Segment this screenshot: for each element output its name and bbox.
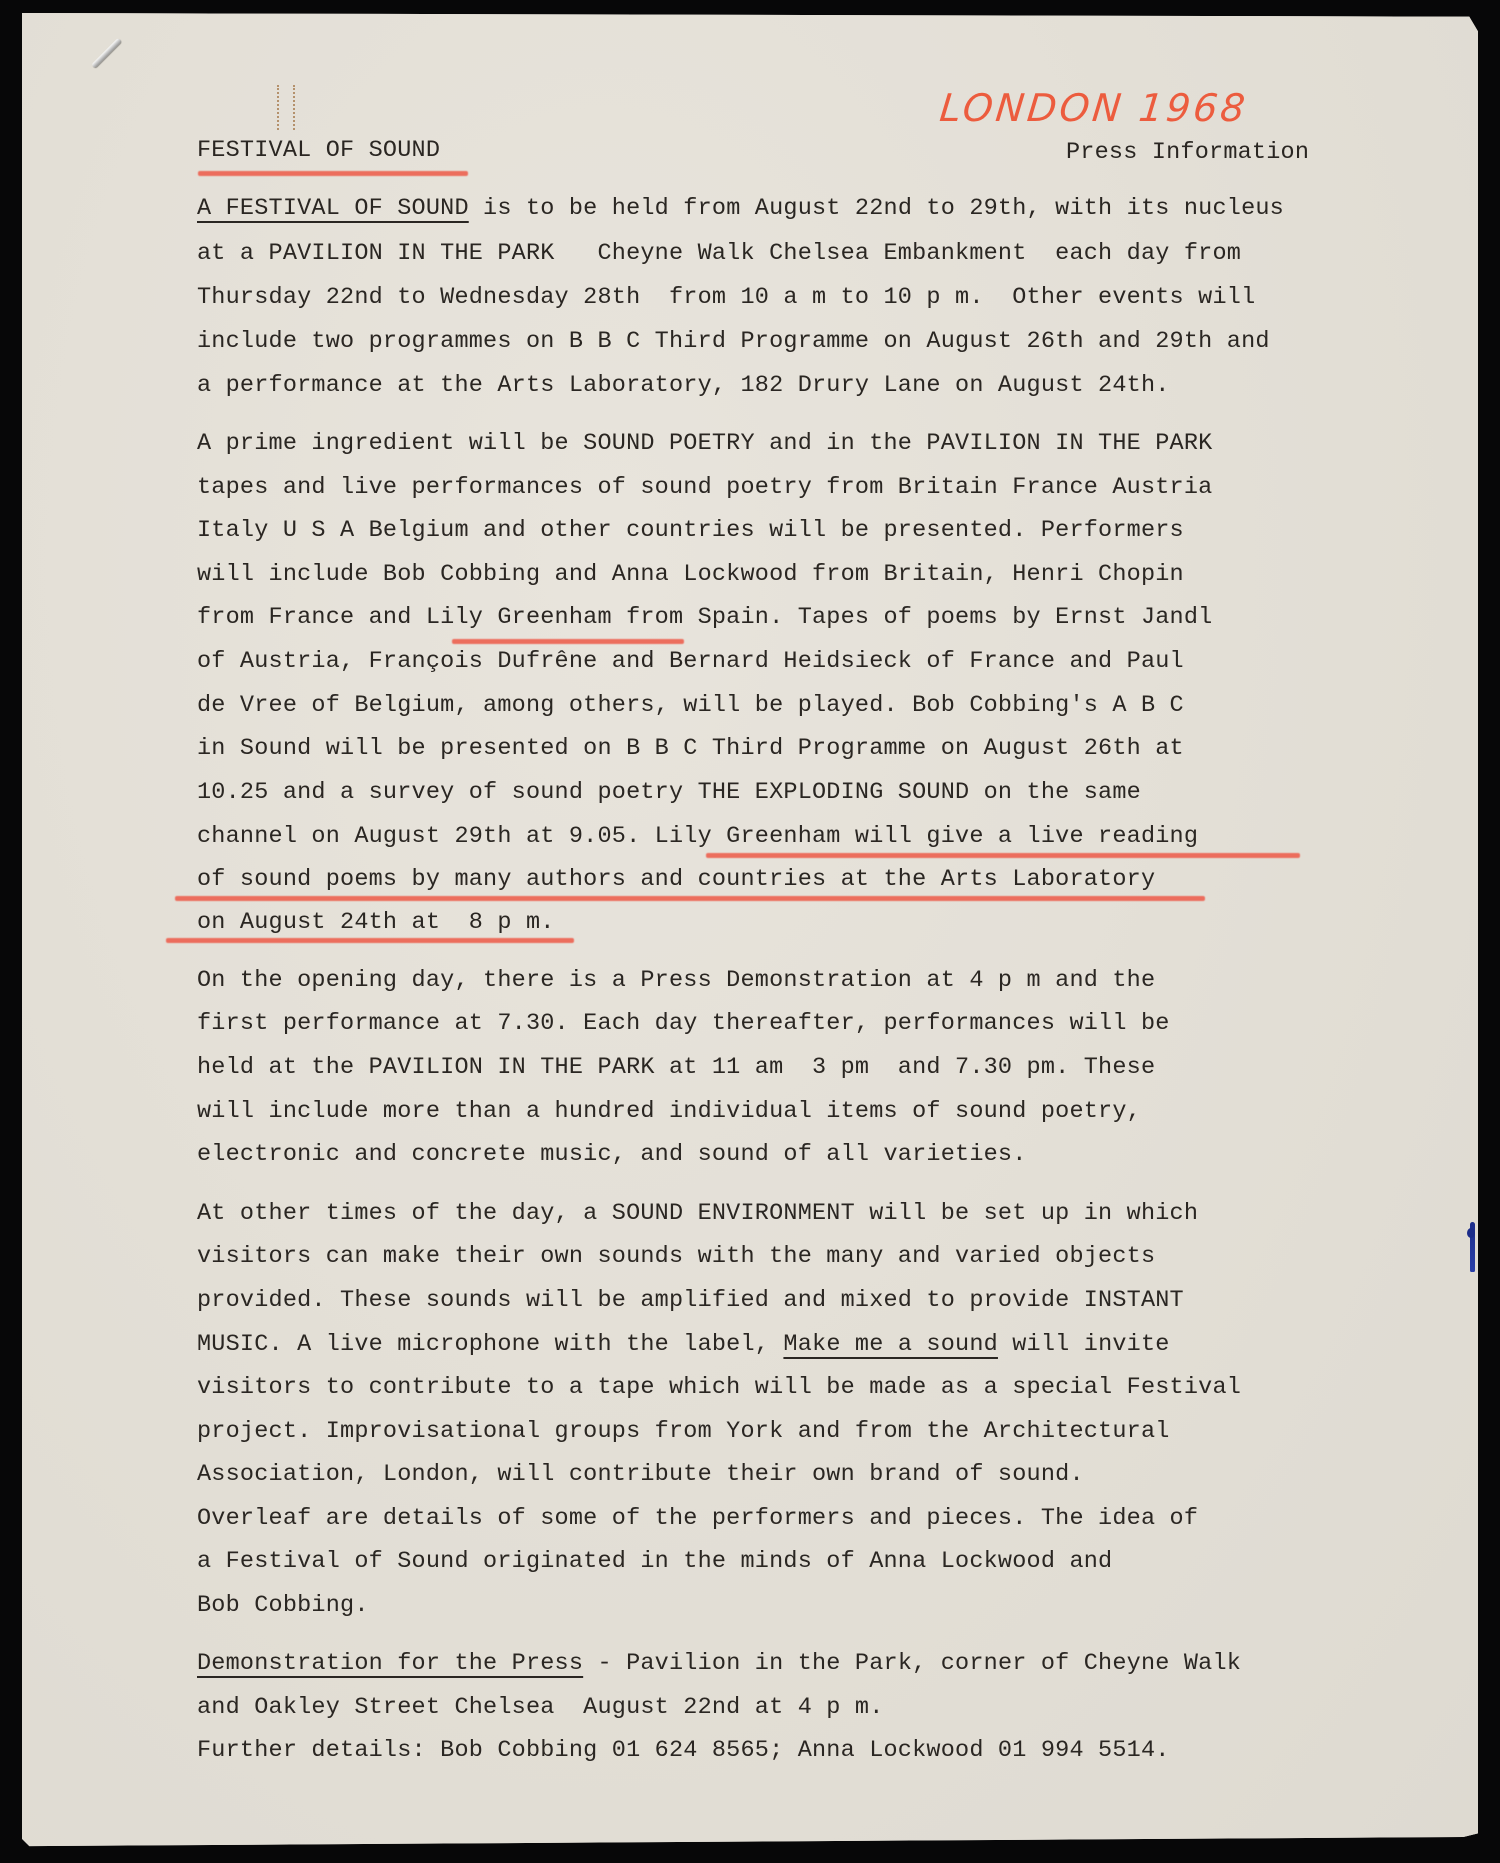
red-pencil-underline-title [198, 171, 468, 176]
paragraph-4-line-1: At other times of the day, a SOUND ENVIR… [197, 1200, 1198, 1227]
paragraph-3-line-1: On the opening day, there is a Press Dem… [197, 967, 1155, 994]
paragraph-2-line-8: in Sound will be presented on B B C Thir… [197, 735, 1184, 762]
paragraph-1-line-3: Thursday 22nd to Wednesday 28th from 10 … [197, 284, 1255, 311]
press-information-header: Press Information [1066, 139, 1309, 166]
paragraph-2-line-2: tapes and live performances of sound poe… [197, 474, 1212, 501]
blue-ink-margin-mark [1470, 1222, 1475, 1272]
underlined-festival-of-sound: A FESTIVAL OF SOUND [197, 195, 469, 222]
paragraph-4-line-10: Bob Cobbing. [197, 1592, 369, 1619]
paragraph-3-line-4: will include more than a hundred individ… [197, 1098, 1141, 1125]
footer-line-1: Demonstration for the Press - Pavilion i… [197, 1650, 1241, 1677]
paragraph-4-line-9: a Festival of Sound originated in the mi… [197, 1548, 1112, 1575]
punch-hole-mark-right [293, 85, 297, 130]
paragraph-4-line-2: visitors can make their own sounds with … [197, 1243, 1155, 1270]
paragraph-4-line-6: project. Improvisational groups from Yor… [197, 1418, 1170, 1445]
paragraph-4-line-4: MUSIC. A live microphone with the label,… [197, 1331, 1170, 1358]
paragraph-2-line-4: will include Bob Cobbing and Anna Lockwo… [197, 561, 1184, 588]
handwritten-annotation: LONDON 1968 [938, 86, 1250, 130]
red-pencil-underline-lily-greenham [452, 639, 684, 644]
paragraph-3-line-5: electronic and concrete music, and sound… [197, 1141, 1027, 1168]
paragraph-1-line-1: A FESTIVAL OF SOUND is to be held from A… [197, 195, 1284, 222]
paragraph-4-line-3: provided. These sounds will be amplified… [197, 1287, 1184, 1314]
paragraph-3-line-2: first performance at 7.30. Each day ther… [197, 1010, 1170, 1037]
paragraph-2-line-3: Italy U S A Belgium and other countries … [197, 517, 1184, 544]
footer-contact-details: Further details: Bob Cobbing 01 624 8565… [197, 1737, 1170, 1764]
paragraph-3-line-3: held at the PAVILION IN THE PARK at 11 a… [197, 1054, 1155, 1081]
paragraph-2-line-11: of sound poems by many authors and count… [197, 866, 1155, 893]
paragraph-2-line-6: of Austria, François Dufrêne and Bernard… [197, 648, 1184, 675]
paragraph-4-line-7: Association, London, will contribute the… [197, 1461, 1084, 1488]
document-title: FESTIVAL OF SOUND [197, 137, 440, 164]
paragraph-2-line-7: de Vree of Belgium, among others, will b… [197, 692, 1184, 719]
paragraph-2-line-1: A prime ingredient will be SOUND POETRY … [197, 430, 1212, 457]
punch-hole-mark-left [277, 85, 281, 130]
paragraph-2-line-12: on August 24th at 8 p m. [197, 909, 555, 936]
paragraph-4-line-5: visitors to contribute to a tape which w… [197, 1374, 1241, 1401]
footer-line-2: and Oakley Street Chelsea August 22nd at… [197, 1694, 884, 1721]
underlined-make-me-a-sound: Make me a sound [783, 1331, 998, 1358]
red-pencil-underline-reading-2 [175, 896, 1205, 901]
paragraph-1-line-2: at a PAVILION IN THE PARK Cheyne Walk Ch… [197, 240, 1241, 267]
red-pencil-underline-reading-1 [706, 853, 1300, 858]
paragraph-2-line-5: from France and Lily Greenham from Spain… [197, 604, 1212, 631]
paragraph-1-line-5: a performance at the Arts Laboratory, 18… [197, 372, 1170, 399]
paragraph-2-line-9: 10.25 and a survey of sound poetry THE E… [197, 779, 1141, 806]
paragraph-4-line-8: Overleaf are details of some of the perf… [197, 1505, 1198, 1532]
paragraph-2-line-10: channel on August 29th at 9.05. Lily Gre… [197, 823, 1198, 850]
red-pencil-underline-reading-3 [166, 938, 574, 943]
underlined-demonstration-for-the-press: Demonstration for the Press [197, 1650, 583, 1677]
paragraph-1-line-4: include two programmes on B B C Third Pr… [197, 328, 1270, 355]
